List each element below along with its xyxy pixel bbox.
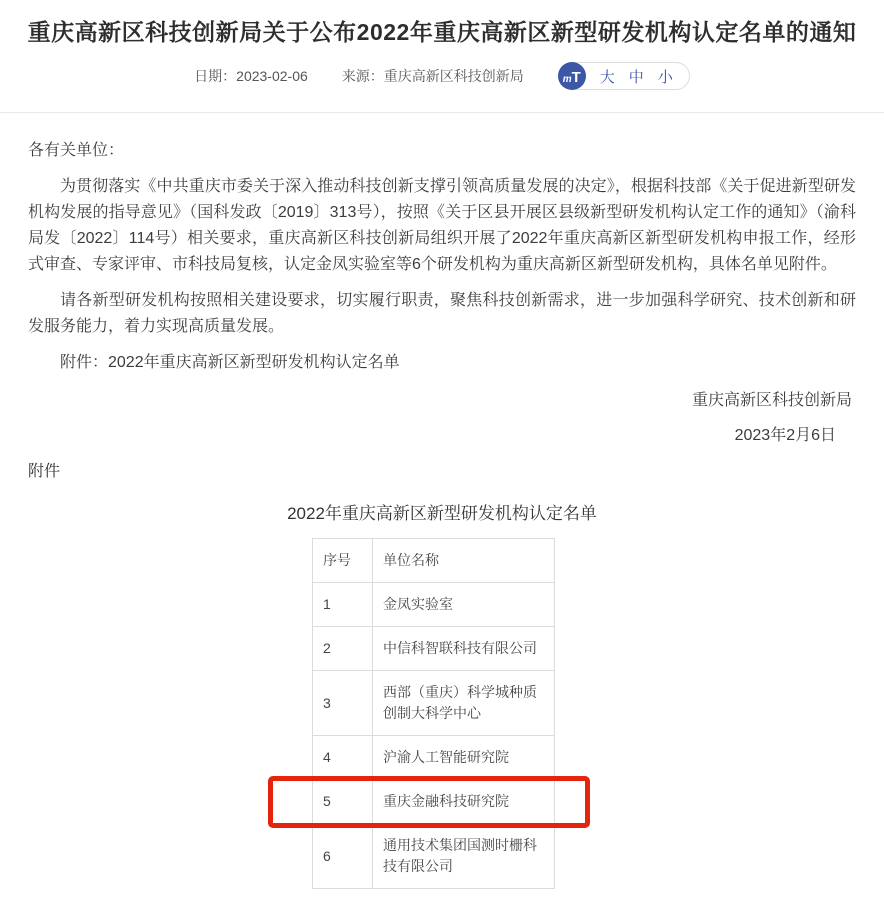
header-cell-index: 序号 <box>313 539 373 583</box>
paragraph-2: 请各新型研发机构按照相关建设要求，切实履行职责，聚焦科技创新需求，进一步加强科学… <box>28 288 856 340</box>
appendix-label: 附件 <box>28 459 856 485</box>
cell-index: 6 <box>313 824 373 889</box>
table-row: 6通用技术集团国测时栅科技有限公司 <box>313 824 555 889</box>
table-row: 2中信科智联科技有限公司 <box>313 627 555 671</box>
table-row: 1金凤实验室 <box>313 583 555 627</box>
page-title: 重庆高新区科技创新局关于公布2022年重庆高新区新型研发机构认定名单的通知 <box>24 16 860 48</box>
meta-row: 日期：2023-02-06 来源：重庆高新区科技创新局 тT 大 中 小 <box>0 62 884 90</box>
attachment-table-wrap: 序号 单位名称 1金凤实验室2中信科智联科技有限公司3西部（重庆）科学城种质创制… <box>312 538 554 889</box>
publish-date: 日期：2023-02-06 <box>194 66 308 86</box>
table-row: 4沪渝人工智能研究院 <box>313 736 555 780</box>
font-size-widget: тT 大 中 小 <box>558 62 690 90</box>
source-label: 来源： <box>342 68 384 84</box>
table-header-row: 序号 单位名称 <box>313 539 555 583</box>
date-value: 2023-02-06 <box>236 68 308 84</box>
source: 来源：重庆高新区科技创新局 <box>342 66 524 86</box>
attachment-table: 序号 单位名称 1金凤实验室2中信科智联科技有限公司3西部（重庆）科学城种质创制… <box>312 538 555 889</box>
cell-index: 2 <box>313 627 373 671</box>
cell-org-name: 沪渝人工智能研究院 <box>373 736 555 780</box>
header-divider <box>0 112 884 113</box>
source-value: 重庆高新区科技创新局 <box>384 68 524 84</box>
cell-index: 3 <box>313 671 373 736</box>
cell-index: 5 <box>313 780 373 824</box>
issuing-authority: 重庆高新区科技创新局 <box>28 388 856 414</box>
cell-index: 4 <box>313 736 373 780</box>
table-row: 3西部（重庆）科学城种质创制大科学中心 <box>313 671 555 736</box>
table-body: 1金凤实验室2中信科智联科技有限公司3西部（重庆）科学城种质创制大科学中心4沪渝… <box>313 583 555 889</box>
cell-index: 1 <box>313 583 373 627</box>
font-size-large-button[interactable]: 大 <box>600 66 615 87</box>
paragraph-1: 为贯彻落实《中共重庆市委关于深入推动科技创新支撑引领高质量发展的决定》，根据科技… <box>28 174 856 278</box>
issue-date: 2023年2月6日 <box>28 423 856 449</box>
table-row: 5重庆金融科技研究院 <box>313 780 555 824</box>
font-size-medium-button[interactable]: 中 <box>629 66 644 87</box>
article-body: 各有关单位： 为贯彻落实《中共重庆市委关于深入推动科技创新支撑引领高质量发展的决… <box>0 138 884 485</box>
date-label: 日期： <box>194 68 236 84</box>
salutation: 各有关单位： <box>28 138 856 164</box>
article-header: 重庆高新区科技创新局关于公布2022年重庆高新区新型研发机构认定名单的通知 日期… <box>0 0 884 113</box>
font-size-icon: тT <box>558 62 586 90</box>
font-size-small-button[interactable]: 小 <box>658 66 673 87</box>
cell-org-name: 重庆金融科技研究院 <box>373 780 555 824</box>
cell-org-name: 中信科智联科技有限公司 <box>373 627 555 671</box>
attachment-reference-line: 附件：2022年重庆高新区新型研发机构认定名单 <box>28 350 856 376</box>
cell-org-name: 通用技术集团国测时栅科技有限公司 <box>373 824 555 889</box>
header-cell-name: 单位名称 <box>373 539 555 583</box>
cell-org-name: 金凤实验室 <box>373 583 555 627</box>
cell-org-name: 西部（重庆）科学城种质创制大科学中心 <box>373 671 555 736</box>
attachment-table-title: 2022年重庆高新区新型研发机构认定名单 <box>0 499 884 524</box>
